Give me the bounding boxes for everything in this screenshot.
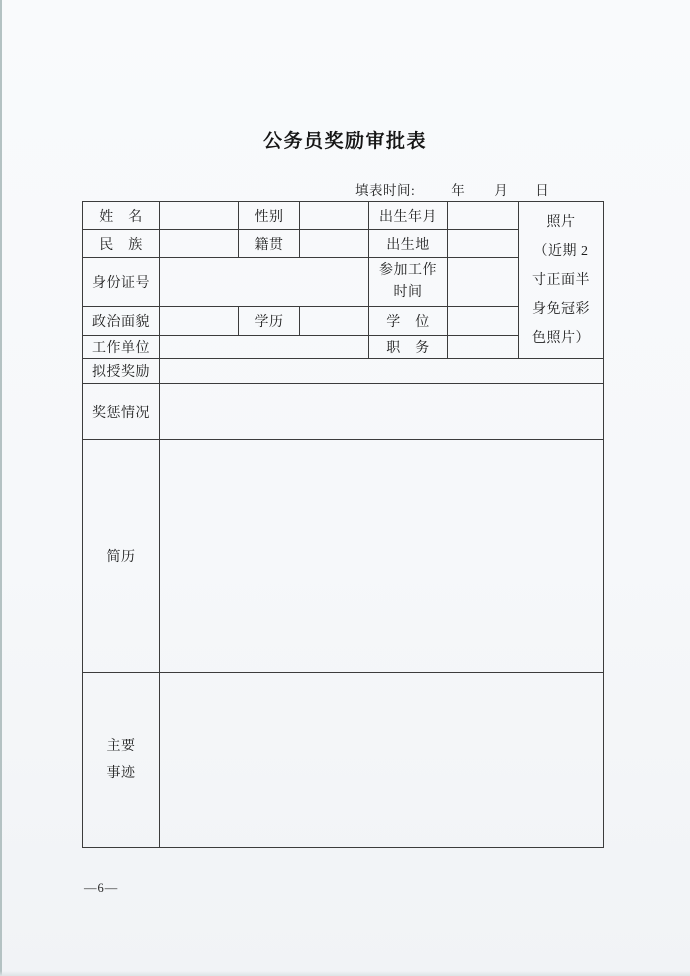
fill-time-day-label: 日	[535, 183, 549, 198]
row-name: 姓 名 性别 出生年月 照片 （近期 2 寸正面半 身免冠彩 色照片）	[83, 202, 604, 230]
degree-label: 学 位	[369, 307, 448, 336]
row-main-deeds: 主要 事迹	[83, 673, 604, 848]
resume-label: 简历	[83, 440, 160, 673]
approval-form-table: 姓 名 性别 出生年月 照片 （近期 2 寸正面半 身免冠彩 色照片） 民 族 …	[82, 201, 604, 848]
education-value-cell	[300, 307, 369, 336]
gender-label: 性别	[239, 202, 300, 230]
work-start-time-value-cell	[448, 258, 519, 307]
main-deeds-value-cell	[160, 673, 604, 848]
work-unit-label: 工作单位	[83, 336, 160, 359]
education-label: 学历	[239, 307, 300, 336]
main-deeds-label: 主要 事迹	[83, 673, 160, 848]
gender-value-cell	[300, 202, 369, 230]
name-value-cell	[160, 202, 239, 230]
page-title: 公务员奖励审批表	[0, 126, 690, 153]
birth-year-month-value-cell	[448, 202, 519, 230]
birth-place-label: 出生地	[369, 230, 448, 258]
political-status-label: 政治面貌	[83, 307, 160, 336]
work-start-time-label: 参加工作 时间	[369, 258, 448, 307]
position-value-cell	[448, 336, 519, 359]
page-number: —6—	[84, 881, 118, 896]
fill-time-line: 填表时间:年月日	[355, 179, 549, 199]
political-status-value-cell	[160, 307, 239, 336]
id-number-label: 身份证号	[83, 258, 160, 307]
proposed-award-value-cell	[160, 359, 604, 384]
photo-note-cell: 照片 （近期 2 寸正面半 身免冠彩 色照片）	[519, 202, 604, 359]
scanned-form-page: 公务员奖励审批表 填表时间:年月日 姓 名 性别 出生年月 照片 （近期 2 寸…	[0, 0, 690, 976]
name-label: 姓 名	[83, 202, 160, 230]
fill-time-month-label: 月	[494, 183, 508, 198]
row-proposed-award: 拟授奖励	[83, 359, 604, 384]
reward-punishment-label: 奖惩情况	[83, 384, 160, 440]
id-number-value-cell	[160, 258, 369, 307]
fill-time-year-label: 年	[451, 183, 465, 198]
ethnicity-label: 民 族	[83, 230, 160, 258]
birth-year-month-label: 出生年月	[369, 202, 448, 230]
fill-time-label: 填表时间:	[355, 183, 415, 198]
scan-bottom-edge	[0, 971, 690, 976]
degree-value-cell	[448, 307, 519, 336]
reward-punishment-value-cell	[160, 384, 604, 440]
proposed-award-label: 拟授奖励	[83, 359, 160, 384]
resume-value-cell	[160, 440, 604, 673]
birth-place-value-cell	[448, 230, 519, 258]
native-place-label: 籍贯	[239, 230, 300, 258]
position-label: 职 务	[369, 336, 448, 359]
native-place-value-cell	[300, 230, 369, 258]
work-unit-value-cell	[160, 336, 369, 359]
row-resume: 简历	[83, 440, 604, 673]
ethnicity-value-cell	[160, 230, 239, 258]
row-reward-punishment: 奖惩情况	[83, 384, 604, 440]
